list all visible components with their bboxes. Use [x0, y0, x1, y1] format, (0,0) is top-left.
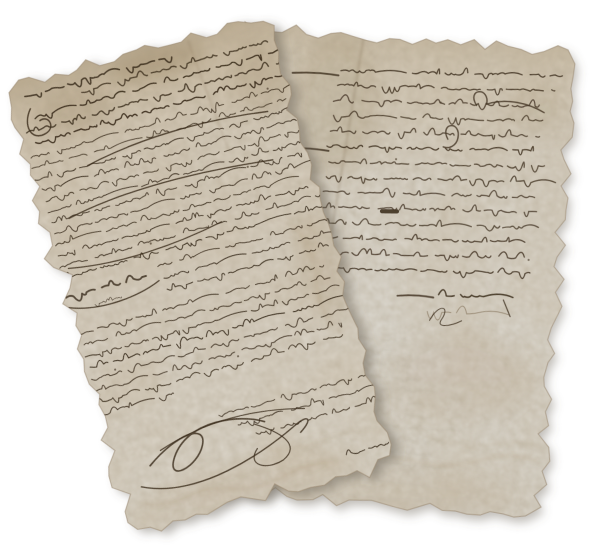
manuscript-photo: Two overlapping 17th-century handwritten… — [0, 0, 600, 560]
manuscripts-svg — [0, 0, 600, 560]
ink-blot — [382, 210, 397, 212]
